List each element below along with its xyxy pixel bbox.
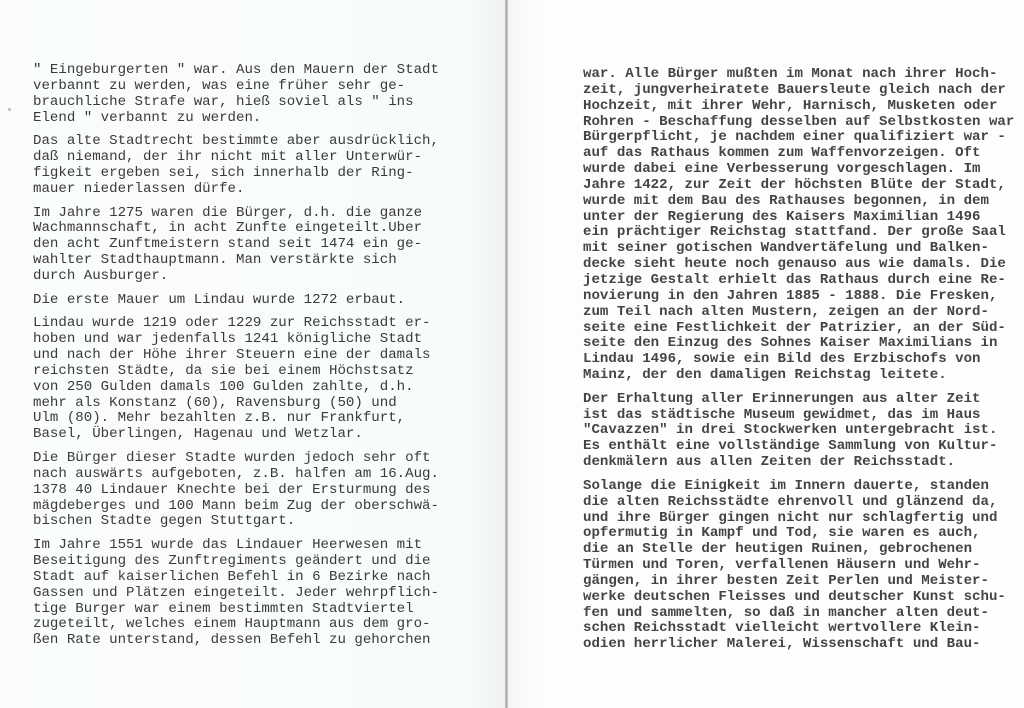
paper-speck	[8, 108, 11, 111]
text-line: decke sieht heute noch genauso aus wie d…	[583, 257, 1014, 273]
text-line: Hochzeit, mit ihrer Wehr, Harnisch, Musk…	[583, 99, 1014, 115]
text-line: wurde dabei eine Verbesserung vorgeschla…	[583, 162, 1014, 178]
text-line: Bürgerpflicht, je nachdem einer qualifiz…	[583, 130, 1014, 146]
text-line: opfermutig in Kampf und Tod, sie waren e…	[583, 526, 1014, 542]
paragraph: Die Bürger dieser Stadte wurden jedoch s…	[33, 451, 439, 530]
text-line: daß niemand, der ihr nicht mit aller Unt…	[33, 150, 439, 166]
text-line: Basel, Überlingen, Hagenau und Wetzlar.	[33, 427, 439, 443]
text-line: zugeteilt, welches einem Hauptmann aus d…	[33, 617, 439, 633]
text-line: odien herrlicher Malerei, Wissenschaft u…	[583, 637, 1014, 653]
text-line: Lindau wurde 1219 oder 1229 zur Reichsst…	[33, 316, 439, 332]
paragraph: Im Jahre 1551 wurde das Lindauer Heerwes…	[33, 538, 439, 649]
text-line: mehr als Konstanz (60), Ravensburg (50) …	[33, 396, 439, 412]
text-line: tige Burger war einem bestimmten Stadtvi…	[33, 602, 439, 618]
book-gutter	[505, 0, 508, 708]
text-line: wahlter Stadthauptmann. Man verstärkte s…	[33, 253, 439, 269]
text-line: ist das städtische Museum gewidmet, das …	[583, 408, 1014, 424]
paragraph: Die erste Mauer um Lindau wurde 1272 erb…	[33, 293, 439, 309]
text-line: figkeit ergeben sei, sich innerhalb der …	[33, 166, 439, 182]
text-line: und ihre Bürger gingen nicht nur schlagf…	[583, 511, 1014, 527]
paragraph: Der Erhaltung aller Erinnerungen aus alt…	[583, 392, 1014, 471]
text-line: die alten Reichsstädte ehrenvoll und glä…	[583, 495, 1014, 511]
text-line: ßen Rate unterstand, dessen Befehl zu ge…	[33, 633, 439, 649]
text-line: seite eine Festlichkeit der Patrizier, a…	[583, 321, 1014, 337]
text-line: brauchliche Strafe war, hieß soviel als …	[33, 95, 439, 111]
text-line: Wachmannschaft, in acht Zunfte eingeteil…	[33, 221, 439, 237]
text-line: Im Jahre 1275 waren die Bürger, d.h. die…	[33, 206, 439, 222]
text-line: Die Bürger dieser Stadte wurden jedoch s…	[33, 451, 439, 467]
text-line: mägdeberges und 100 Mann beim Zug der ob…	[33, 499, 439, 515]
paragraph: Lindau wurde 1219 oder 1229 zur Reichsst…	[33, 316, 439, 443]
text-line: gängen, in ihrer besten Zeit Perlen und …	[583, 574, 1014, 590]
text-line: fen und sammelten, so daß in mancher alt…	[583, 606, 1014, 622]
text-line: zum Teil nach alten Mustern, zeigen an d…	[583, 305, 1014, 321]
text-line: denkmälern aus allen Zeiten der Reichsst…	[583, 455, 1014, 471]
text-line: jetzige Gestalt erhielt das Rathaus durc…	[583, 273, 1014, 289]
text-line: Die erste Mauer um Lindau wurde 1272 erb…	[33, 293, 439, 309]
text-line: Gassen und Plätzen eingeteilt. Jeder weh…	[33, 586, 439, 602]
text-line: Der Erhaltung aller Erinnerungen aus alt…	[583, 392, 1014, 408]
text-line: novierung in den Jahren 1885 - 1888. Die…	[583, 289, 1014, 305]
text-line: Das alte Stadtrecht bestimmte aber ausdr…	[33, 134, 439, 150]
text-line: schen Reichsstadt vielleicht wertvollere…	[583, 621, 1014, 637]
text-line: Rohren - Beschaffung desselben auf Selbs…	[583, 115, 1014, 131]
text-line: Jahre 1422, zur Zeit der höchsten Blüte …	[583, 178, 1014, 194]
text-line: " Eingeburgerten " war. Aus den Mauern d…	[33, 63, 439, 79]
text-line: die an Stelle der heutigen Ruinen, gebro…	[583, 542, 1014, 558]
text-line: Türmen und Toren, verfallenen Häusern un…	[583, 558, 1014, 574]
text-line: mauer niederlassen dürfe.	[33, 182, 439, 198]
text-line: verbannt zu werden, was eine früher sehr…	[33, 79, 439, 95]
paragraph: Das alte Stadtrecht bestimmte aber ausdr…	[33, 134, 439, 197]
text-line: Es enthält eine vollständige Sammlung vo…	[583, 439, 1014, 455]
text-line: und nach der Höhe ihrer Steuern eine der…	[33, 348, 439, 364]
text-line: ein prächtiger Reichstag stattfand. Der …	[583, 225, 1014, 241]
right-page-text: war. Alle Bürger mußten im Monat nach ih…	[583, 67, 1014, 661]
paragraph: Solange die Einigkeit im Innern dauerte,…	[583, 479, 1014, 653]
text-line: "Cavazzen" in drei Stockwerken untergebr…	[583, 423, 1014, 439]
text-line: wurde mit dem Bau des Rathauses begonnen…	[583, 194, 1014, 210]
text-line: durch Ausburger.	[33, 269, 439, 285]
text-line: den acht Zunftmeistern stand seit 1474 e…	[33, 237, 439, 253]
text-line: nach auswärts aufgeboten, z.B. halfen am…	[33, 467, 439, 483]
paragraph: " Eingeburgerten " war. Aus den Mauern d…	[33, 63, 439, 126]
text-line: werke deutschen Fleisses und deutscher K…	[583, 590, 1014, 606]
text-line: 1378 40 Lindauer Knechte bei der Ersturm…	[33, 483, 439, 499]
text-line: Im Jahre 1551 wurde das Lindauer Heerwes…	[33, 538, 439, 554]
text-line: Solange die Einigkeit im Innern dauerte,…	[583, 479, 1014, 495]
paragraph: war. Alle Bürger mußten im Monat nach ih…	[583, 67, 1014, 384]
text-line: bischen Stadte gegen Stuttgart.	[33, 514, 439, 530]
text-line: hoben und war jedenfalls 1241 königliche…	[33, 332, 439, 348]
text-line: unter der Regierung des Kaisers Maximili…	[583, 210, 1014, 226]
text-line: mit seiner gotischen Wandvertäfelung und…	[583, 241, 1014, 257]
text-line: Ulm (80). Mehr bezahlten z.B. nur Frankf…	[33, 411, 439, 427]
text-line: Lindau 1496, sowie ein Bild des Erzbisch…	[583, 352, 1014, 368]
text-line: Stadt auf kaiserlichen Befehl in 6 Bezir…	[33, 570, 439, 586]
text-line: auf das Rathaus kommen zum Waffenvorzeig…	[583, 146, 1014, 162]
text-line: war. Alle Bürger mußten im Monat nach ih…	[583, 67, 1014, 83]
text-line: von 250 Gulden damals 100 Gulden zahlte,…	[33, 380, 439, 396]
text-line: zeit, jungverheiratete Bauersleute gleic…	[583, 83, 1014, 99]
text-line: Elend " verbannt zu werden.	[33, 111, 439, 127]
text-line: Beseitigung des Zunftregiments geändert …	[33, 554, 439, 570]
text-line: seite den Einzug des Sohnes Kaiser Maxim…	[583, 336, 1014, 352]
left-page-text: " Eingeburgerten " war. Aus den Mauern d…	[33, 63, 439, 657]
text-line: reichsten Städte, da sie bei einem Höchs…	[33, 364, 439, 380]
text-line: Mainz, der den damaligen Reichstag leite…	[583, 368, 1014, 384]
paragraph: Im Jahre 1275 waren die Bürger, d.h. die…	[33, 206, 439, 285]
